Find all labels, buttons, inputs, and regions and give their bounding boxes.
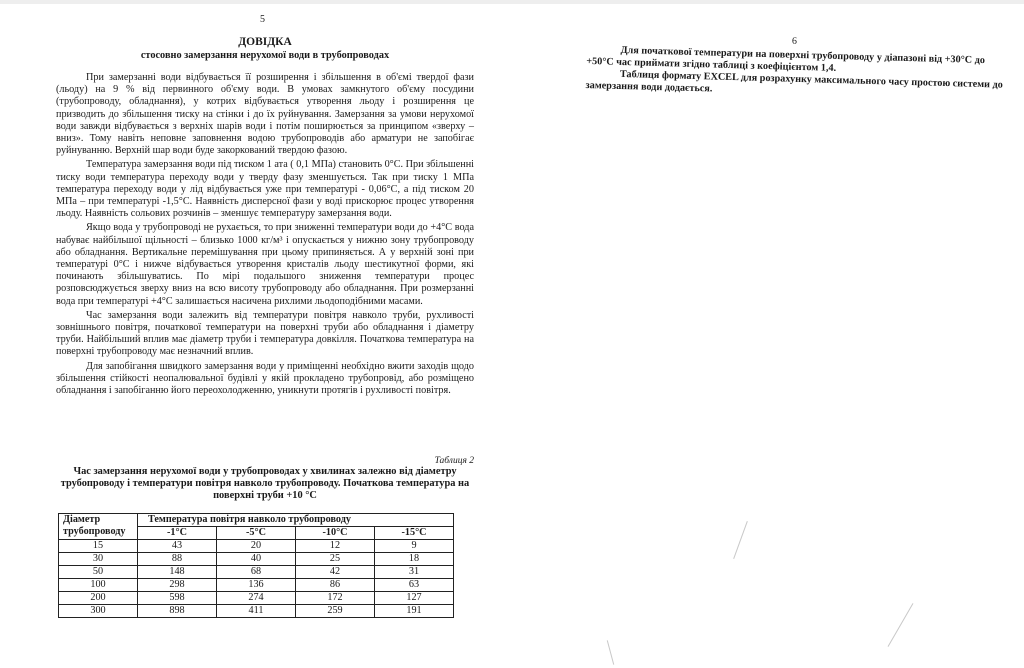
scan-artifact <box>733 521 748 559</box>
paragraph: Час замерзання води залежить від темпера… <box>56 310 474 359</box>
diameter-cell: 300 <box>59 605 138 618</box>
freeze-time-cell: 43 <box>138 540 217 553</box>
diameter-cell: 30 <box>59 553 138 566</box>
temperature-group-header: Температура повітря навколо трубопроводу <box>138 514 454 527</box>
freeze-time-cell: 411 <box>217 605 296 618</box>
freeze-time-cell: 148 <box>138 566 217 579</box>
table-row: 1002981368663 <box>59 579 454 592</box>
body-text: Для початкової температури на поверхні т… <box>585 44 1006 104</box>
freeze-time-cell: 18 <box>375 553 454 566</box>
freeze-time-cell: 68 <box>217 566 296 579</box>
freeze-time-cell: 9 <box>375 540 454 553</box>
scan-artifact <box>607 640 614 664</box>
table-row: 50148684231 <box>59 566 454 579</box>
scan-artifact <box>888 603 914 647</box>
freeze-time-cell: 274 <box>217 592 296 605</box>
paragraph: При замерзанні води відбувається її розш… <box>56 72 474 157</box>
temperature-column-header: -15°С <box>375 527 454 540</box>
freeze-time-table: Діаметр трубопроводу Температура повітря… <box>58 513 454 618</box>
diameter-cell: 50 <box>59 566 138 579</box>
freeze-time-cell: 298 <box>138 579 217 592</box>
freeze-time-cell: 88 <box>138 553 217 566</box>
freeze-time-cell: 31 <box>375 566 454 579</box>
freeze-time-cell: 20 <box>217 540 296 553</box>
paragraph: Для запобігання швидкого замерзання води… <box>56 361 474 398</box>
table-row: 154320129 <box>59 540 454 553</box>
freeze-time-cell: 12 <box>296 540 375 553</box>
freeze-time-cell: 136 <box>217 579 296 592</box>
table-row: 3088402518 <box>59 553 454 566</box>
freeze-time-cell: 63 <box>375 579 454 592</box>
table-caption: Таблиця 2 <box>435 456 474 466</box>
page-number: 6 <box>792 36 797 47</box>
viewer-top-edge <box>0 0 1024 4</box>
paragraph: Температура замерзання води під тиском 1… <box>56 159 474 220</box>
diameter-cell: 200 <box>59 592 138 605</box>
temperature-column-header: -5°С <box>217 527 296 540</box>
freeze-time-cell: 127 <box>375 592 454 605</box>
diameter-cell: 100 <box>59 579 138 592</box>
temperature-column-header: -1°С <box>138 527 217 540</box>
body-text: При замерзанні води відбувається її розш… <box>56 72 474 399</box>
paragraph: Якщо вода у трубопроводі не рухається, т… <box>56 222 474 307</box>
freeze-time-cell: 598 <box>138 592 217 605</box>
table-title: Час замерзання нерухомої води у трубопро… <box>56 466 474 502</box>
freeze-time-cell: 259 <box>296 605 375 618</box>
diameter-cell: 15 <box>59 540 138 553</box>
freeze-time-cell: 40 <box>217 553 296 566</box>
freeze-time-cell: 172 <box>296 592 375 605</box>
freeze-time-cell: 42 <box>296 566 375 579</box>
page-number: 5 <box>260 14 265 25</box>
temperature-column-header: -10°С <box>296 527 375 540</box>
freeze-time-cell: 86 <box>296 579 375 592</box>
document-subtitle: стосовно замерзання нерухомої води в тру… <box>56 50 474 61</box>
table-row: 300898411259191 <box>59 605 454 618</box>
table-row: 200598274172127 <box>59 592 454 605</box>
freeze-time-cell: 25 <box>296 553 375 566</box>
document-title: ДОВІДКА <box>56 36 474 48</box>
freeze-time-cell: 898 <box>138 605 217 618</box>
diameter-header: Діаметр трубопроводу <box>59 514 138 540</box>
freeze-time-cell: 191 <box>375 605 454 618</box>
